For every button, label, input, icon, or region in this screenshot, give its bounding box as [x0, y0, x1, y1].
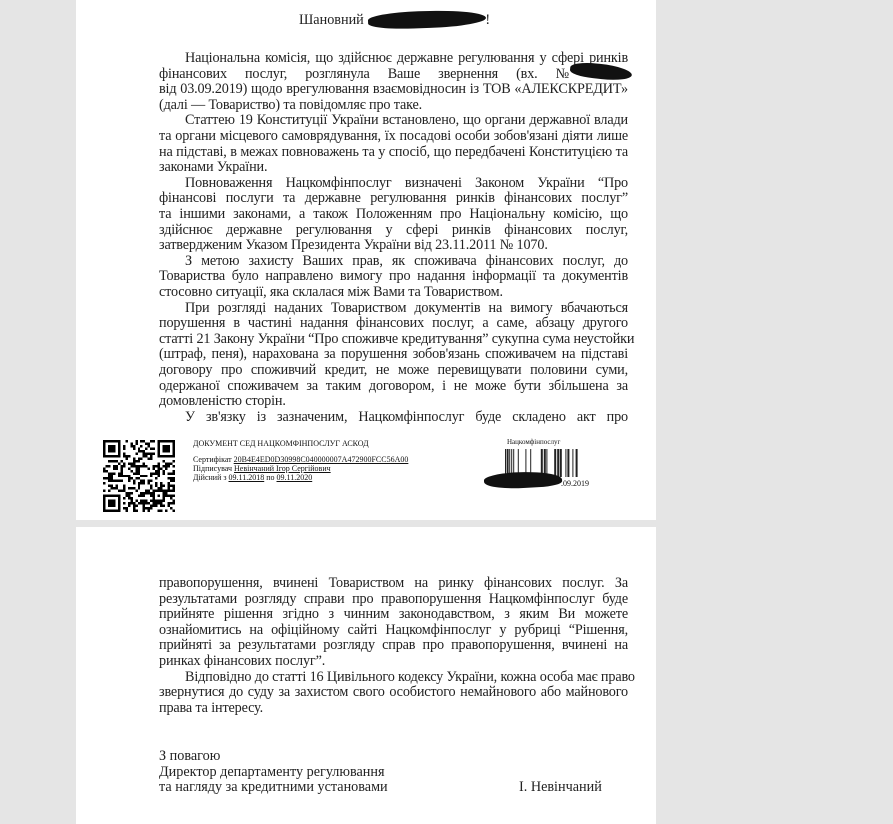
- redaction-mark-registration: [484, 470, 563, 490]
- esign-validity: Дійсний з 09.11.2018 по 09.11.2020: [193, 473, 312, 482]
- text-line: При розгляді наданих Товариством докумен…: [185, 300, 628, 316]
- text-line: Відповідно до статті 16 Цивільного кодек…: [185, 669, 628, 685]
- esign-title: ДОКУМЕНТ СЕД НАЦКОМФІНПОСЛУГ АСКОД: [193, 439, 369, 448]
- text-line: порушення в частині надання фінансових п…: [159, 315, 628, 331]
- text-line: здійснює державне регулювання у сфері ри…: [159, 222, 628, 238]
- greeting-suffix: !: [485, 12, 490, 28]
- text-line: договору про споживчий кредит, не може п…: [159, 362, 628, 378]
- text-line: стосовно ситуації, яка склалася між Вами…: [159, 284, 628, 300]
- text-line: та іншими законами, а також Положенням п…: [159, 206, 628, 222]
- text-line: одержаної споживачем за таким договором,…: [159, 378, 628, 394]
- valid-from: 09.11.2018: [229, 473, 265, 482]
- qr-code: [103, 440, 175, 512]
- text-line: У зв'язку із зазначеним, Нацкомфінпослуг…: [185, 409, 628, 425]
- text-line: від 03.09.2019) щодо врегулювання взаємо…: [159, 81, 628, 97]
- text-line: статті 21 Закону України “Про споживче к…: [159, 331, 628, 347]
- text-line: правопорушення, вчинені Товариством на р…: [159, 575, 628, 591]
- text-line: фінансові послуги та державне регулюванн…: [159, 190, 628, 206]
- registration-org: Нацкомфінпослуг: [507, 438, 560, 447]
- text-line: (штраф, пеня), нарахована за порушення з…: [159, 346, 628, 362]
- text-line: Національна комісія, що здійснює державн…: [185, 50, 628, 66]
- esign-certificate: Сертифікат 20B4E4ED0D30998C040000007A472…: [193, 455, 408, 464]
- text-line: законами України.: [159, 159, 628, 175]
- text-line: ринках фінансових послуг”.: [159, 653, 628, 669]
- document-page-2: правопорушення, вчинені Товариством на р…: [76, 527, 656, 824]
- text-line: та органи місцевого самоврядування, їх п…: [159, 128, 628, 144]
- text-line: права та інтересу.: [159, 700, 628, 716]
- esign-signer: Підписувач Невінчаний Ігор Сергійович: [193, 464, 331, 473]
- text-line: фінансових послуг, розглянула Ваше зверн…: [159, 66, 569, 82]
- valid-from-label: Дійсний з: [193, 473, 227, 482]
- text-line: (далі — Товариство) та повідомляє про та…: [159, 97, 628, 113]
- signer-title-line-2: та нагляду за кредитними установами: [159, 779, 388, 795]
- valid-to-label: по: [266, 473, 274, 482]
- signer-label: Підписувач: [193, 464, 232, 473]
- signer-title-line-1: Директор департаменту регулювання: [159, 764, 385, 780]
- certificate-label: Сертифікат: [193, 455, 232, 464]
- text-line: звернутися до суду за захистом свого осо…: [159, 684, 628, 700]
- certificate-value: 20B4E4ED0D30998C040000007A472900FCC56A00: [234, 455, 409, 464]
- text-line: Статтею 19 Конституції України встановле…: [185, 112, 628, 128]
- text-line: затвердженим Указом Президента України в…: [159, 237, 628, 253]
- text-line: Товариства було направлено вимогу про на…: [159, 268, 628, 284]
- greeting-prefix: Шановний: [299, 12, 364, 28]
- text-line: результатами розгляду справи про правопо…: [159, 591, 628, 607]
- valid-to: 09.11.2020: [277, 473, 313, 482]
- text-line: прийняті за результатами розгляду справ …: [159, 637, 628, 653]
- text-line: З метою захисту Ваших прав, як споживача…: [185, 253, 628, 269]
- closing: З повагою: [159, 748, 220, 764]
- signer-name: І. Невінчаний: [519, 779, 602, 795]
- text-line: прийняте рішення згідно з чинним законод…: [159, 606, 628, 622]
- text-line: домовленістю сторін.: [159, 393, 628, 409]
- signer-value: Невінчаний Ігор Сергійович: [234, 464, 331, 473]
- text-line: на підставі, в межах повноважень та у сп…: [159, 144, 628, 160]
- document-page-1: Шановний ! Національна комісія, що здійс…: [76, 0, 656, 520]
- text-line: Повноваження Нацкомфінпослуг визначені З…: [185, 175, 628, 191]
- text-line: ознайомитись на офіційному сайті Нацкомф…: [159, 622, 628, 638]
- registration-date: .09.2019: [561, 479, 589, 488]
